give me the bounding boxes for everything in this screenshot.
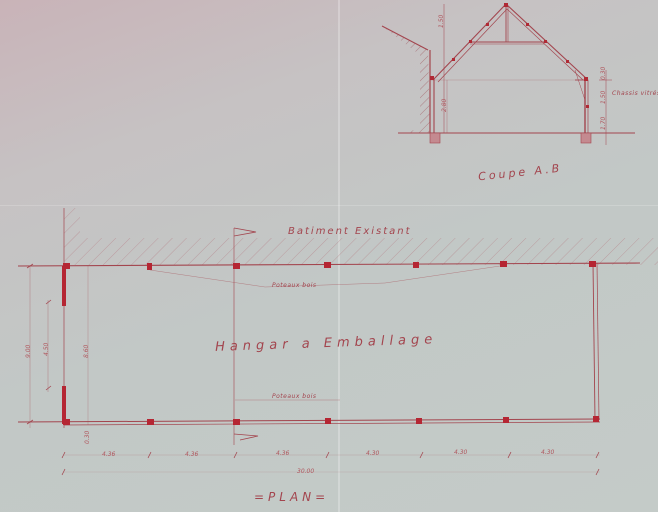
section-dim-right-low: 1.70 <box>600 117 607 130</box>
posts-bottom <box>63 416 599 425</box>
left-dim-inner: 8.60 <box>83 345 90 358</box>
left-dim-opening: 4.50 <box>43 343 50 356</box>
left-dim-overall: 9.00 <box>25 345 32 358</box>
left-dim-small: 0.30 <box>84 431 91 444</box>
section-dim-roof: 1.50 <box>438 15 445 28</box>
section-dim-right-top: 0.30 <box>600 67 607 80</box>
section-window-note: Chassis vitrés <box>612 90 658 97</box>
section-drawing <box>382 3 635 145</box>
bay-dim-4: 4.30 <box>366 450 379 457</box>
bay-dim-6: 4.30 <box>541 449 554 456</box>
bay-dim-2: 4.36 <box>185 451 198 458</box>
architectural-drawing <box>0 0 658 512</box>
bay-dim-5: 4.30 <box>454 449 467 456</box>
section-dim-left-wall: 2.80 <box>441 99 448 112</box>
plan-title: =PLAN= <box>254 490 329 504</box>
total-length-dim: 30.00 <box>297 468 314 475</box>
post-note-top: Poteaux bois <box>272 282 317 289</box>
post-note-bottom: Poteaux bois <box>272 393 317 400</box>
section-dim-right-mid: 1.50 <box>600 91 607 104</box>
bay-dim-3: 4.36 <box>276 450 289 457</box>
bay-dim-1: 4.36 <box>102 451 115 458</box>
existing-building-label: Batiment Existant <box>288 226 412 237</box>
